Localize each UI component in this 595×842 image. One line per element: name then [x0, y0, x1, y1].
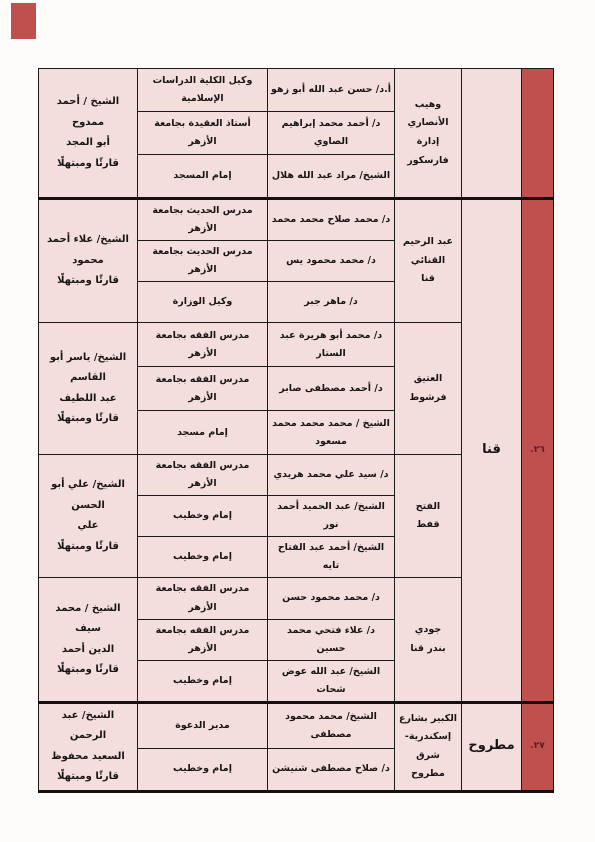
- title-cell: مدرس الفقه بجامعة الأزهر: [138, 367, 268, 411]
- title-cell: وكيل الكلية الدراسات الإسلامية: [138, 69, 268, 112]
- title-cell: إمام المسجد: [138, 155, 268, 199]
- mosque-cell: العتيق فرشوط: [395, 323, 462, 455]
- title-cell: مدرس الحديث بجامعة الأزهر: [138, 241, 268, 282]
- reciter-cell: الشيخ / محمد سيف الدين أحمد قارئًا ومبته…: [39, 578, 138, 702]
- governorate-cell-matrouh: مطروح: [462, 702, 522, 791]
- name-cell: د/ علاء فتحي محمد حسين: [268, 619, 395, 660]
- name-cell: د/ ماهر جبر: [268, 282, 395, 323]
- mosque-cell: الفتح قفط: [395, 455, 462, 578]
- serial-cell: ٢٦.: [522, 199, 554, 703]
- title-cell: إمام مسجد: [138, 411, 268, 455]
- governorate-cell-qena: قنا: [462, 199, 522, 703]
- name-cell: د/ سيد علي محمد هريدي: [268, 455, 395, 496]
- red-corner-block: [11, 3, 36, 39]
- name-cell: د/ محمد محمود حسن: [268, 578, 395, 619]
- title-cell: أستاذ العقيدة بجامعة الأزهر: [138, 112, 268, 155]
- title-cell: إمام وخطيب: [138, 537, 268, 578]
- mosque-cell: الكبير بشارع إسكندرية- شرق مطروح: [395, 702, 462, 791]
- reciter-cell: الشيخ / أحمد ممدوح أبو المجد قارئًا ومبت…: [39, 69, 138, 199]
- title-cell: مدرس الفقه بجامعة الأزهر: [138, 578, 268, 619]
- name-cell: د/ صلاح مصطفى شنيشن: [268, 748, 395, 791]
- name-cell: الشيخ/ أحمد عبد الفتاح تايه: [268, 537, 395, 578]
- governorate-cell: [462, 69, 522, 199]
- name-cell: الشيخ/ عبد الله عوض شحات: [268, 660, 395, 702]
- reciter-cell: الشيخ/ علي أبو الحسن علي قارئًا ومبتهلًا: [39, 455, 138, 578]
- title-cell: مدرس الفقه بجامعة الأزهر: [138, 619, 268, 660]
- title-cell: مدرس الفقه بجامعة الأزهر: [138, 323, 268, 367]
- mosque-cell: عبد الرحيم القنائي قنا: [395, 199, 462, 323]
- title-cell: إمام وخطيب: [138, 748, 268, 791]
- title-cell: مدرس الفقه بجامعة الأزهر: [138, 455, 268, 496]
- name-cell: د/ أحمد محمد إبراهيم الصاوي: [268, 112, 395, 155]
- title-cell: إمام وخطيب: [138, 660, 268, 702]
- name-cell: الشيخ/ عبد الحميد أحمد نور: [268, 496, 395, 537]
- title-cell: مدرس الحديث بجامعة الأزهر: [138, 199, 268, 241]
- name-cell: د/ محمد أبو هريرة عبد الستار: [268, 323, 395, 367]
- serial-cell: [522, 69, 554, 199]
- mosque-cell: جودي بندر قنا: [395, 578, 462, 702]
- reciter-cell: الشيخ/ علاء أحمد محمود قارئًا ومبتهلًا: [39, 199, 138, 323]
- title-cell: إمام وخطيب: [138, 496, 268, 537]
- name-cell: د/ محمد صلاح محمد محمد: [268, 199, 395, 241]
- scanned-document-page: وهيب الأنصاري إدارة فارسكور أ.د/ حسن عبد…: [0, 0, 595, 842]
- name-cell: الشيخ / محمد محمد محمد مسعود: [268, 411, 395, 455]
- name-cell: الشيخ/ مراد عبد الله هلال: [268, 155, 395, 199]
- name-cell: د/ أحمد مصطفى صابر: [268, 367, 395, 411]
- clerics-assignment-table: وهيب الأنصاري إدارة فارسكور أ.د/ حسن عبد…: [38, 68, 554, 793]
- reciter-cell: الشيخ/ عبد الرحمن السعيد محفوظ قارئًا وم…: [39, 702, 138, 791]
- mosque-cell: وهيب الأنصاري إدارة فارسكور: [395, 69, 462, 199]
- name-cell: د/ محمد محمود يس: [268, 241, 395, 282]
- title-cell: مدير الدعوة: [138, 702, 268, 748]
- serial-cell: ٢٧.: [522, 702, 554, 791]
- reciter-cell: الشيخ/ ياسر أبو القاسم عبد اللطيف قارئًا…: [39, 323, 138, 455]
- name-cell: الشيخ/ محمد محمود مصطفى: [268, 702, 395, 748]
- title-cell: وكيل الوزارة: [138, 282, 268, 323]
- name-cell: أ.د/ حسن عبد الله أبو زهو: [268, 69, 395, 112]
